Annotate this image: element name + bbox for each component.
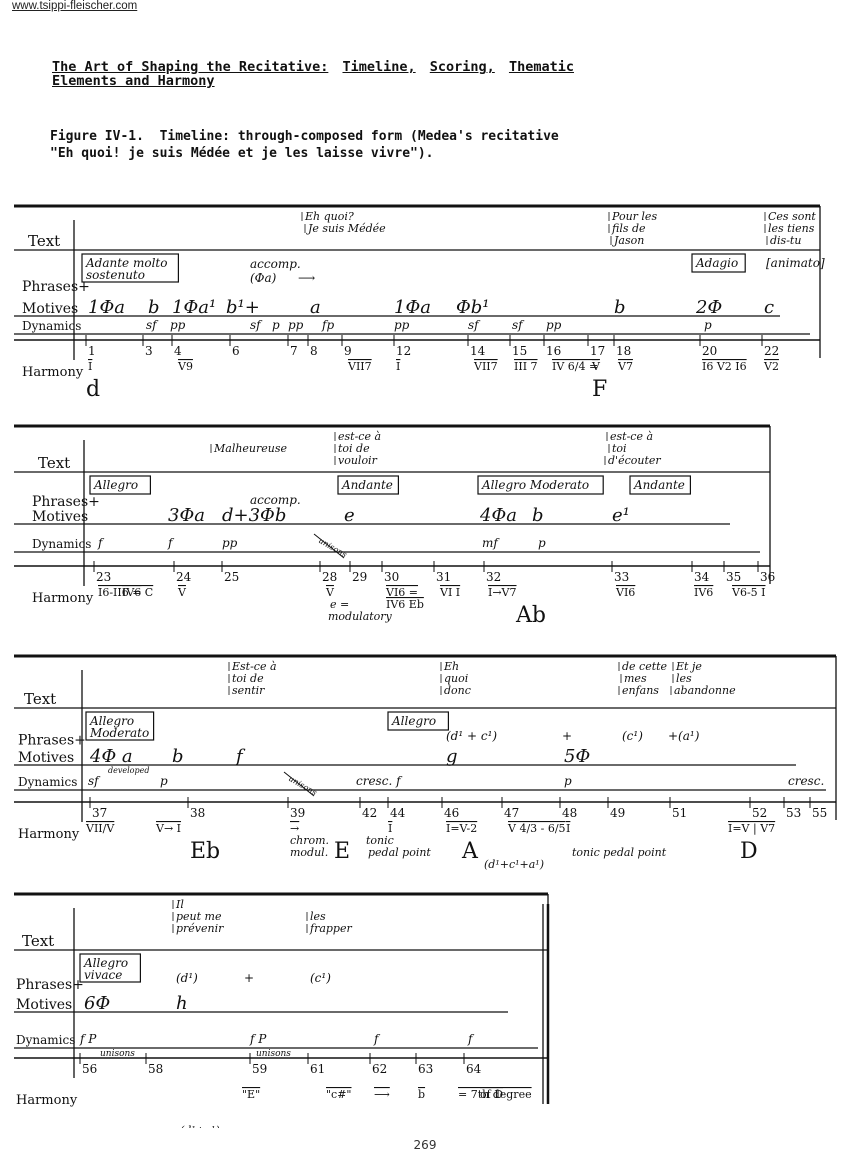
measure-number: 53 [786,806,801,820]
phrase-annotation: + [562,729,572,743]
measure-number: 18 [616,344,631,358]
page-number: 269 [0,1138,850,1152]
measure-number: 36 [760,570,775,584]
harmony-symbol: VII/V [85,822,115,835]
row-label-phrases: Phrases+ [16,977,84,993]
row-label-motives: Motives [18,750,74,766]
dynamics-annotation: unisons [256,1049,291,1059]
harmony-symbol: I6 V2 I6 [702,360,747,373]
harmony-symbol: I=V-2 [446,822,477,835]
dynamic-marking: f [97,536,105,550]
motive-label: e¹ [612,505,630,526]
harmony-symbol: IV6 C [122,586,153,599]
dynamic-marking: cresc. [788,774,824,788]
measure-number: 22 [764,344,779,358]
dynamic-marking: p [538,536,546,550]
lyric-text: dis-tu [770,234,801,247]
motive-label: 2Φ [695,297,722,318]
row-label-phrases: Phrases+ [18,733,86,749]
tempo-marking: Adagio [695,256,738,270]
row-label-phrases: Phrases+ [32,494,100,510]
row-label-text: Text [38,454,70,472]
motive-label: c [764,297,774,318]
measure-number: 12 [396,344,411,358]
measure-number: 23 [96,570,111,584]
harmony-symbol: I [396,360,400,373]
dynamic-marking: pp [222,536,238,550]
motive-label: b [614,297,626,318]
timeline-system-2: TextPhrases+MotivesDynamicsHarmonyMalheu… [0,420,850,645]
harmony-symbol: b [418,1088,425,1101]
motive-label: Φb¹ [456,297,490,318]
lyric-text: sentir [232,684,265,697]
dynamic-marking: sf [146,318,159,332]
measure-number: 51 [672,806,687,820]
harmony-symbol: I=V | V7 [728,822,775,836]
motive-label: 4Φ a [89,746,133,767]
key-label: Eb [190,839,220,864]
dynamic-marking: mf [482,536,500,550]
measure-number: 49 [610,806,625,820]
harmony-symbol: V [177,586,187,599]
motive-label: 5Φ [564,746,590,767]
measure-number: 34 [694,570,710,584]
measure-number: 47 [504,806,519,820]
website-url[interactable]: www.tsippi-fleischer.com [12,0,137,12]
dynamic-marking: f [167,536,175,550]
measure-number: 15 [512,344,527,358]
harmony-symbol: IV6 [694,586,713,599]
dynamics-annotation: unisons [100,1049,135,1059]
phrase-annotation: + [244,971,254,985]
dynamic-marking: pp [170,318,186,332]
lyric-text: abandonne [674,684,736,697]
motive-annotation: developed [108,766,149,775]
motive-label: 1Φa [394,297,431,318]
motive-label: 4Φa [479,505,517,526]
dynamic-marking: p [564,774,572,788]
motive-label: 1Φa [88,297,125,318]
row-label-dynamics: Dynamics [18,775,77,789]
phrase-annotation: (Φa) [250,271,277,285]
harmony-symbol: I→V7 [488,586,517,599]
measure-number: 8 [310,344,318,358]
measure-number: 30 [384,570,399,584]
measure-number: 14 [470,344,486,358]
row-label-harmony: Harmony [16,1093,78,1108]
measure-number: 3 [145,344,153,358]
dynamic-marking: sf [468,318,481,332]
harmony-annotation: modul. [290,846,328,859]
measure-number: 28 [322,570,337,584]
measure-number: 24 [176,570,192,584]
harmony-symbol: ⟶ [374,1088,390,1101]
measure-number: 44 [390,806,406,820]
measure-number: 48 [562,806,577,820]
harmony-symbol: V 4/3 - 6/5 [507,822,566,835]
tempo-marking: Andante [633,478,685,492]
row-label-motives: Motives [16,997,72,1013]
harmony-annotation: modulatory [328,610,393,623]
dynamic-marking: f [373,1032,381,1046]
phrase-annotation: +(a¹) [668,729,700,743]
measure-number: 7 [290,344,298,358]
motive-label: e [344,505,355,526]
timeline-system-1: TextPhrases+MotivesDynamicsHarmonyEh quo… [0,198,850,398]
title-line-2: Elements and Harmony [52,74,580,88]
dynamic-marking: f P [249,1032,267,1046]
dynamic-marking: f [467,1032,475,1046]
tempo-marking: sostenuto [86,268,145,282]
dynamic-marking: pp [288,318,304,332]
harmony-symbol: of D [480,1088,503,1101]
harmony-symbol: V [591,360,601,373]
harmony-symbol: I [566,822,570,835]
measure-number: 62 [372,1062,387,1076]
row-label-text: Text [24,690,56,708]
timeline-system-3: TextPhrases+MotivesDynamicsHarmonyEst-ce… [0,652,850,872]
row-label-dynamics: Dynamics [22,319,81,333]
harmony-annotation: (d¹+c¹+a¹) [484,858,544,871]
row-label-harmony: Harmony [18,827,80,842]
page-title: The Art of Shaping the Recitative: Timel… [52,60,580,88]
harmony-symbol: V9 [177,360,193,373]
harmony-symbol: III 7 [514,360,538,373]
motive-label: d+3Φb [222,505,286,526]
motive-label: 1Φa¹ [172,297,216,318]
harmony-symbol: VI6 [615,586,635,599]
measure-number: 61 [310,1062,325,1076]
key-label: E [334,839,350,864]
dynamic-marking: f P [79,1032,97,1046]
harmony-annotation: pedal point [368,846,431,859]
motive-label: b [532,505,544,526]
motive-label: a [310,297,321,318]
measure-number: 37 [92,806,107,820]
measure-number: 55 [812,806,827,820]
dynamic-marking: pp [546,318,562,332]
key-label: D [740,839,758,864]
row-label-text: Text [22,932,54,950]
measure-number: 52 [752,806,767,820]
measure-number: 63 [418,1062,433,1076]
tempo-marking: Allegro Moderato [481,478,589,492]
dynamic-marking: cresc. f [356,774,403,788]
tempo-marking: Allegro [93,478,138,492]
measure-number: 64 [466,1062,482,1076]
measure-number: 59 [252,1062,267,1076]
tempo-marking: [animato] [766,256,825,270]
lyric-text: frapper [309,922,352,935]
harmony-symbol: VI I [439,586,460,599]
row-label-dynamics: Dynamics [32,537,91,551]
timeline-system-4: TextPhrases+MotivesDynamicsHarmonyIlpeut… [0,888,850,1128]
row-label-phrases: Phrases+ [22,279,90,295]
row-label-dynamics: Dynamics [16,1033,75,1047]
measure-number: 33 [614,570,629,584]
harmony-symbol: V6-5 I [731,586,766,599]
phrase-annotation: (d¹ + c¹) [446,729,497,743]
dynamic-marking: p [160,774,168,788]
harmony-annotation: tonic pedal point [572,846,667,859]
key-label: Ab [515,603,546,628]
harmony-symbol: V→ I [155,822,181,835]
harmony-symbol: "E" [242,1088,260,1101]
dynamics-annotation: unisons [317,536,348,559]
dynamic-marking: p [704,318,712,332]
figure-caption: Figure IV-1. Timeline: through-composed … [50,128,559,162]
measure-number: 1 [88,344,96,358]
motive-label: b¹+ [226,297,260,318]
motive-label: h [176,993,188,1014]
phrase-annotation: accomp. [250,257,301,271]
row-label-motives: Motives [22,301,78,317]
lyric-text: prévenir [176,922,224,935]
dynamic-marking: fp [321,318,334,332]
dynamic-marking: p [272,318,280,332]
measure-number: 42 [362,806,377,820]
measure-number: 32 [486,570,501,584]
lyric-text: d'écouter [608,454,661,467]
lyric-text: donc [444,684,471,697]
phrase-annotation: (c¹) [622,729,643,743]
phrase-annotation: (c¹) [310,971,331,985]
measure-number: 4 [174,344,182,358]
measure-number: 20 [702,344,717,358]
lyric-text: Malheureuse [213,442,288,455]
dynamic-marking: pp [394,318,410,332]
key-label: d [86,377,100,398]
dynamic-marking: sf [88,774,101,788]
harmony-symbol: V2 [763,360,779,373]
motive-label: b [172,746,184,767]
measure-number: 39 [290,806,305,820]
measure-number: 38 [190,806,205,820]
measure-number: 9 [344,344,352,358]
row-label-text: Text [28,232,60,250]
measure-number: 58 [148,1062,163,1076]
measure-number: 16 [546,344,561,358]
harmony-symbol: VII7 [473,360,498,373]
measure-number: 6 [232,344,240,358]
dynamic-marking: sf [512,318,525,332]
motive-label: b [148,297,160,318]
motive-label: f [234,746,246,767]
row-label-motives: Motives [32,509,88,525]
measure-number: 17 [590,344,605,358]
motive-label: 6Φ [84,993,110,1014]
motive-label: 3Φa [168,505,205,526]
lyric-text: vouloir [338,454,378,467]
measure-number: 35 [726,570,741,584]
tempo-marking: Andante [341,478,393,492]
measure-number: 29 [352,570,367,584]
harmony-symbol: "c#" [326,1088,352,1101]
lyric-text: enfans [622,684,659,697]
measure-number: 31 [436,570,451,584]
harmony-symbol: VII7 [347,360,372,373]
lyric-text: Je suis Médée [306,222,386,235]
harmony-symbol: V7 [617,360,633,373]
tempo-marking: Moderato [89,726,149,740]
title-line-1: The Art of Shaping the Recitative: Timel… [52,60,580,74]
measure-number: 46 [444,806,459,820]
row-label-harmony: Harmony [22,365,84,380]
phrase-annotation: (d¹) [176,971,198,985]
tempo-marking: vivace [84,968,122,982]
dynamic-marking: sf [250,318,263,332]
measure-number: 56 [82,1062,97,1076]
harmony-symbol: I [88,360,92,373]
key-label: A [461,839,479,864]
dynamics-annotation: unisons [287,774,318,797]
harmony-annotation: (d¹+c¹) [180,1124,220,1128]
key-label: F [592,377,607,398]
tempo-marking: Allegro [391,714,436,728]
measure-number: 25 [224,570,239,584]
phrase-annotation: ⟶ [298,271,315,285]
row-label-harmony: Harmony [32,591,94,606]
lyric-text: Jason [612,234,644,247]
motive-label: g [446,746,458,767]
